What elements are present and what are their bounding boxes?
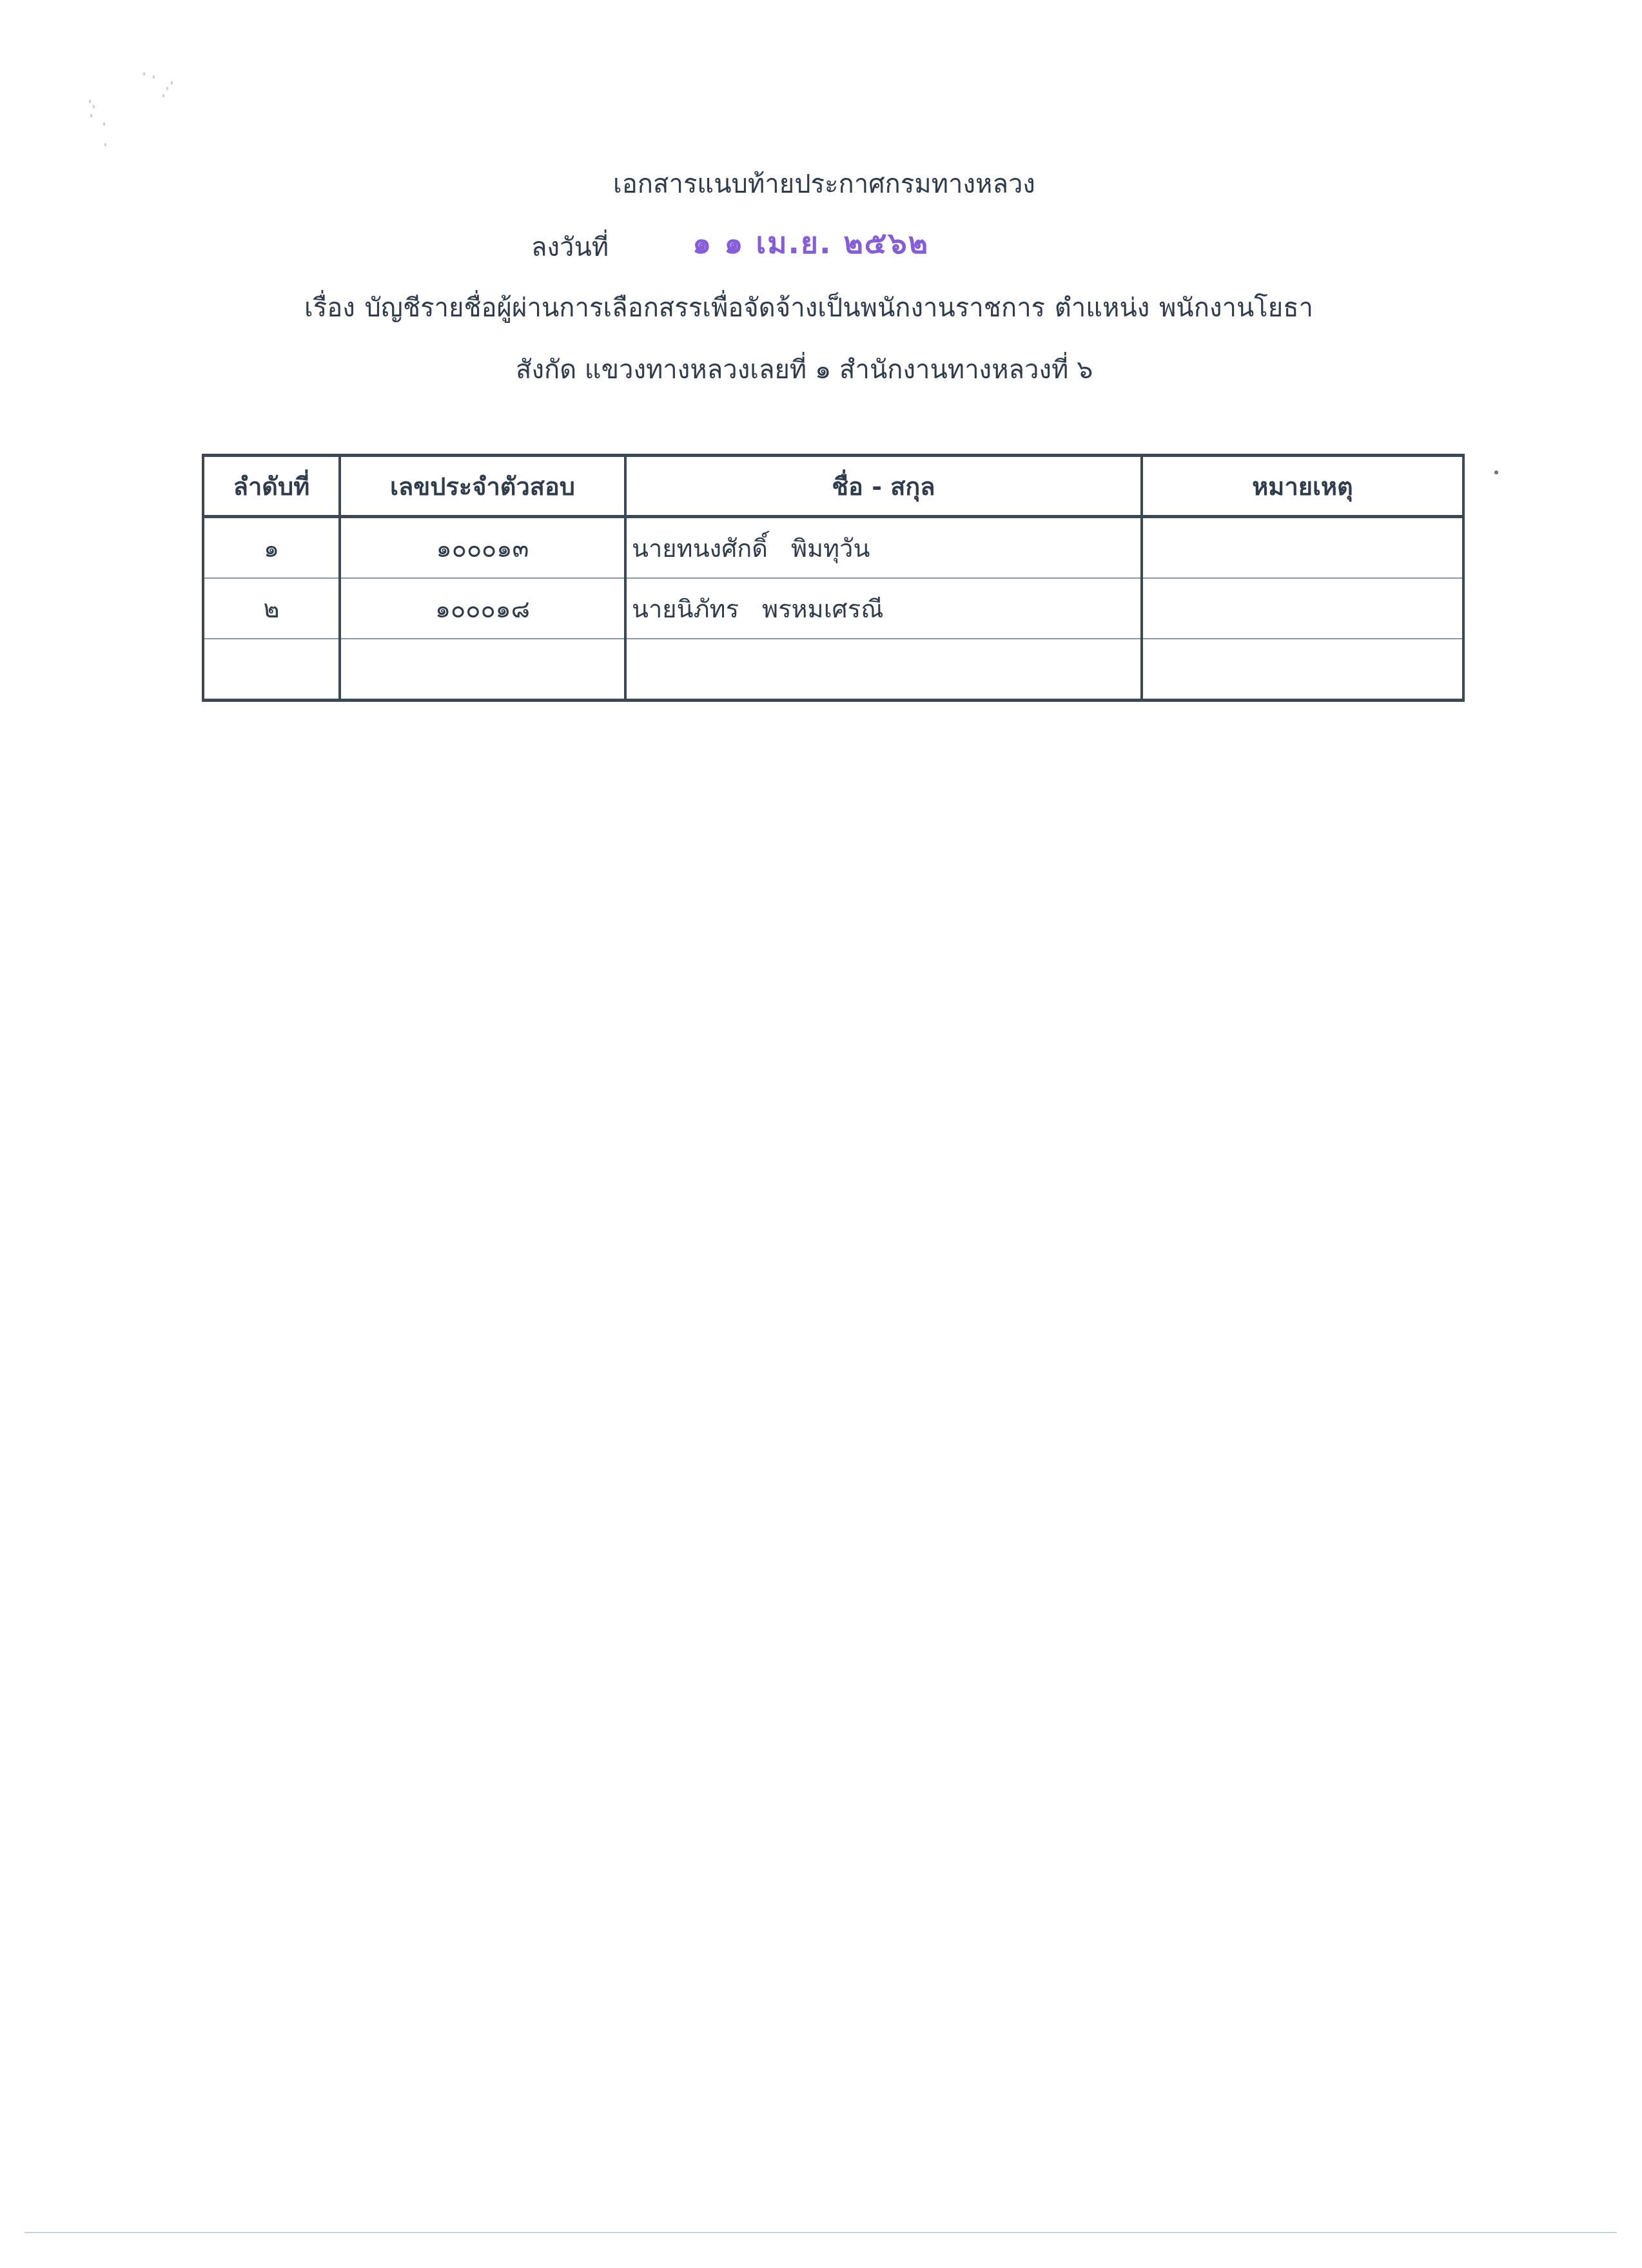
scan-artifact [166,87,168,90]
scan-artifact [104,143,106,146]
header-name: ชื่อ - สกุล [625,456,1142,517]
cell-exam-id: ๑๐๐๐๑๘ [340,578,625,639]
cell-exam-id [340,639,625,701]
table-row-empty [203,639,1463,701]
table-row: ๑ ๑๐๐๐๑๓ นายทนงศักดิ์พิมทุวัน [203,517,1463,579]
cell-name: นายนิภัทรพรหมเศรณี [625,578,1142,639]
header-note: หมายเหตุ [1142,456,1463,517]
cell-name [625,639,1142,701]
table-row: ๒ ๑๐๐๐๑๘ นายนิภัทรพรหมเศรณี [203,578,1463,639]
subject-line: เรื่อง บัญชีรายชื่อผู้ผ่านการเลือกสรรเพื… [304,295,1313,321]
cell-seq: ๒ [203,578,340,639]
results-table: ลำดับที่ เลขประจำตัวสอบ ชื่อ - สกุล หมาย… [202,454,1465,702]
cell-seq [203,639,340,701]
cell-exam-id: ๑๐๐๐๑๓ [340,517,625,579]
document-title-text: เอกสารแนบท้ายประกาศกรมทางหลวง [613,170,1035,199]
scan-artifact [153,75,155,79]
header-seq: ลำดับที่ [203,456,340,517]
table-header-row: ลำดับที่ เลขประจำตัวสอบ ชื่อ - สกุล หมาย… [203,456,1463,517]
scan-artifact [143,72,145,75]
date-stamp: ๑ ๑ เม.ย. ๒๕๖๒ [692,228,929,258]
scan-artifact [171,81,173,84]
last-name: พรหมเศรณี [762,595,883,623]
scan-artifact [90,114,92,117]
date-label: ลงวันที่ [531,235,609,260]
cell-seq: ๑ [203,517,340,579]
cell-name: นายทนงศักดิ์พิมทุวัน [625,517,1142,579]
scan-edge-line [24,2232,1617,2233]
scan-artifact [93,105,95,108]
cell-note [1142,517,1463,579]
scan-artifact [162,94,164,97]
margin-speck [1494,470,1498,474]
cell-note [1142,639,1463,701]
scan-artifact [103,122,105,126]
header-exam-id: เลขประจำตัวสอบ [340,456,625,517]
first-name: นายทนงศักดิ์ [632,534,768,563]
affiliation-line: สังกัด แขวงทางหลวงเลยที่ ๑ สำนักงานทางหล… [516,357,1093,383]
cell-note [1142,578,1463,639]
last-name: พิมทุวัน [791,534,870,563]
first-name: นายนิภัทร [632,595,739,623]
scan-artifact [89,100,91,103]
document-title: เอกสารแนบท้ายประกาศกรมทางหลวง [0,171,1642,197]
